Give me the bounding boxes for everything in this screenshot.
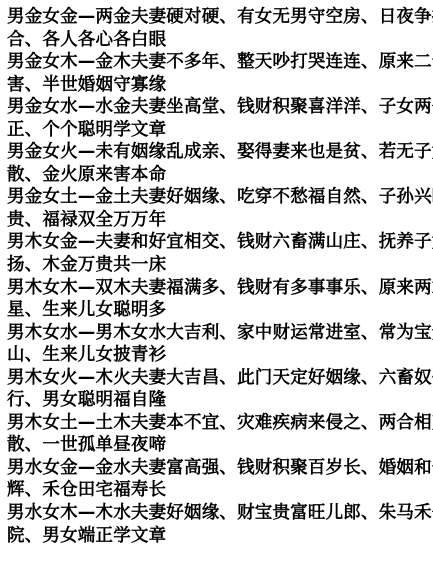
verse-paragraph: 男木女土—土木夫妻本不宜、灾难疾病来侵之、两合相克各分 散、一世孤单昼夜啼: [7, 412, 433, 457]
verse-line: 贵、福禄双全万万年: [7, 209, 433, 232]
verse-paragraph: 男金女火—未有姻缘乱成亲、娶得妻来也是贫、若无子女家财 散、金火原来害本命: [7, 141, 433, 186]
verse-line: 男木女木—双木夫妻福满多、钱财有多事事乐、原来两木多福: [7, 277, 433, 300]
verse-line: 院、男女端正学文章: [7, 525, 433, 548]
verse-line: 合、各人各心各白眼: [7, 29, 433, 52]
verse-paragraph: 男水女金—金水夫妻富高强、钱财积聚百岁长、婚姻和合前程 辉、禾仓田宅福寿长: [7, 457, 433, 502]
verse-line: 扬、木金万贵共一床: [7, 254, 433, 277]
verse-line: 男木女水—男木女水大吉利、家中财运常进室、常为宝贵重如: [7, 322, 433, 345]
verse-paragraph: 男木女木—双木夫妻福满多、钱财有多事事乐、原来两木多福 星、生来儿女聪明多: [7, 277, 433, 322]
verse-line: 男木女金—夫妻和好宜相交、钱财六畜满山庄、抚养子女姓名: [7, 231, 433, 254]
verse-paragraph: 男木女火—木火夫妻大吉昌、此门天定好姻缘、六畜奴作满成 行、男女聪明福自隆: [7, 367, 433, 412]
verse-line: 散、金火原来害本命: [7, 164, 433, 187]
verse-line: 正、个个聪明学文章: [7, 119, 433, 142]
verse-paragraph: 男金女金—两金夫妻硬对硬、有女无男守空房、日夜争打语不 合、各人各心各白眼: [7, 6, 433, 51]
verse-line: 男水女木—木水夫妻好姻缘、财宝贵富旺儿郎、朱马禾仓积满: [7, 502, 433, 525]
verse-paragraph: 男木女水—男木女水大吉利、家中财运常进室、常为宝贵重如 山、生来儿女披青衫: [7, 322, 433, 367]
verse-line: 男木女火—木火夫妻大吉昌、此门天定好姻缘、六畜奴作满成: [7, 367, 433, 390]
verse-line: 男金女金—两金夫妻硬对硬、有女无男守空房、日夜争打语不: [7, 6, 433, 29]
verse-line: 山、生来儿女披青衫: [7, 344, 433, 367]
verse-line: 星、生来儿女聪明多: [7, 299, 433, 322]
verse-paragraph: 男木女金—夫妻和好宜相交、钱财六畜满山庄、抚养子女姓名 扬、木金万贵共一床: [7, 231, 433, 276]
verse-line: 男金女木—金木夫妻不多年、整天吵打哭连连、原来二命都有: [7, 51, 433, 74]
verse-line: 散、一世孤单昼夜啼: [7, 434, 433, 457]
document-page: { "page": { "background_color": "#ffffff…: [0, 0, 433, 581]
verse-line: 男金女土—金土夫妻好姻缘、吃穿不愁福自然、子孙兴旺家富: [7, 186, 433, 209]
verse-document: 男金女金—两金夫妻硬对硬、有女无男守空房、日夜争打语不 合、各人各心各白眼 男金…: [7, 6, 433, 547]
verse-paragraph: 男金女木—金木夫妻不多年、整天吵打哭连连、原来二命都有 害、半世婚姻守寡缘: [7, 51, 433, 96]
verse-paragraph: 男水女木—木水夫妻好姻缘、财宝贵富旺儿郎、朱马禾仓积满 院、男女端正学文章: [7, 502, 433, 547]
verse-line: 害、半世婚姻守寡缘: [7, 74, 433, 97]
verse-line: 辉、禾仓田宅福寿长: [7, 479, 433, 502]
verse-line: 男木女土—土木夫妻本不宜、灾难疾病来侵之、两合相克各分: [7, 412, 433, 435]
verse-line: 男水女金—金水夫妻富高强、钱财积聚百岁长、婚姻和合前程: [7, 457, 433, 480]
verse-line: 男金女水—水金夫妻坐高堂、钱财积聚喜洋洋、子女两个生端: [7, 96, 433, 119]
verse-paragraph: 男金女水—水金夫妻坐高堂、钱财积聚喜洋洋、子女两个生端 正、个个聪明学文章: [7, 96, 433, 141]
verse-paragraph: 男金女土—金土夫妻好姻缘、吃穿不愁福自然、子孙兴旺家富 贵、福禄双全万万年: [7, 186, 433, 231]
verse-line: 行、男女聪明福自隆: [7, 389, 433, 412]
verse-line: 男金女火—未有姻缘乱成亲、娶得妻来也是贫、若无子女家财: [7, 141, 433, 164]
